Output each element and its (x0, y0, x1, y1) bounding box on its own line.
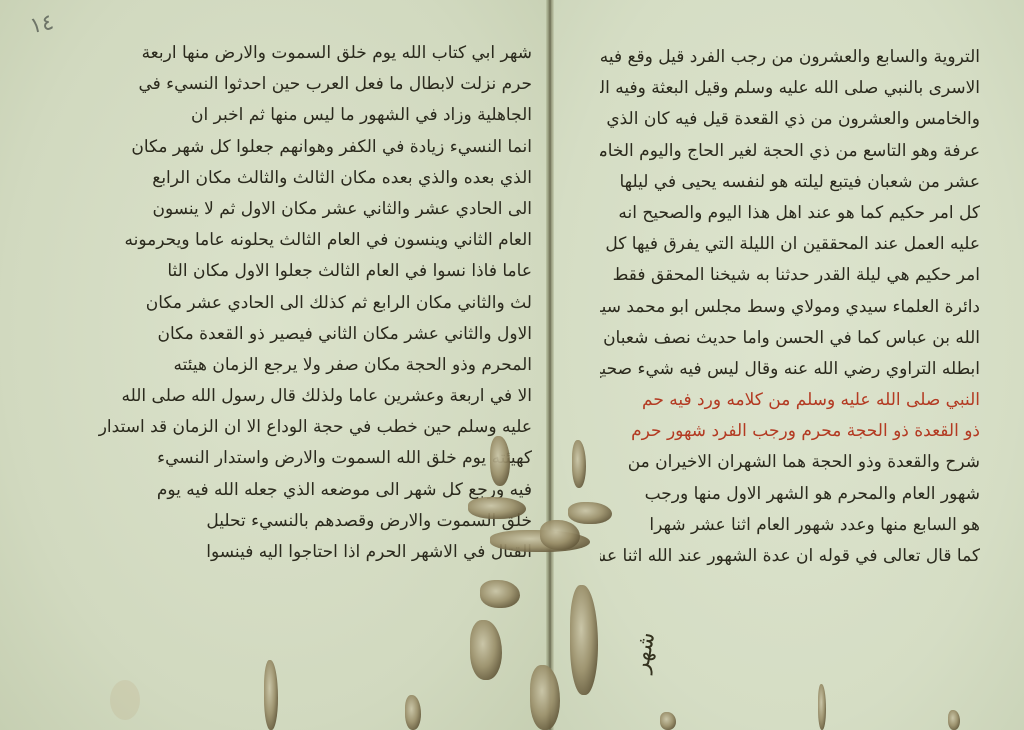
folio-number: ١٤ (28, 10, 56, 39)
right-text-block: التروية والسابع والعشرون من رجب الفرد قي… (600, 42, 980, 572)
worm-hole (568, 502, 612, 524)
text-line: دائرة العلماء سيدي ومولاي وسط مجلس ابو م… (600, 292, 980, 323)
worm-hole (660, 712, 676, 730)
text-line: فيه ورجع كل شهر الى موضعه الذي جعله الله… (92, 475, 532, 506)
text-line: خلق السموت والارض وقصدهم بالنسيء تحليل (92, 506, 532, 537)
text-line: الى الحادي عشر والثاني عشر مكان الاول ثم… (92, 194, 532, 225)
text-line: شرح والقعدة وذو الحجة هما الشهران الاخير… (600, 447, 980, 478)
text-line: الاسرى بالنبي صلى الله عليه وسلم وقيل ال… (600, 73, 980, 104)
worm-hole (468, 497, 526, 519)
text-line: عرفة وهو التاسع من ذي الحجة لغير الحاج و… (600, 136, 980, 167)
worm-hole (818, 684, 826, 730)
text-line: شهر ابي كتاب الله يوم خلق السموت والارض … (92, 38, 532, 69)
text-line: امر حكيم هي ليلة القدر حدثنا به شيخنا ال… (600, 260, 980, 291)
text-line: عليه العمل عند المحققين ان الليلة التي ي… (600, 229, 980, 260)
worm-hole (405, 695, 421, 730)
text-line: لث والثاني مكان الرابع ثم كذلك الى الحاد… (92, 288, 532, 319)
paper-stain (110, 680, 140, 720)
worm-hole (540, 520, 580, 550)
worm-hole (948, 710, 960, 730)
gutter-fold (546, 0, 554, 730)
text-line: ابطله التراوي رضي الله عنه وقال ليس فيه … (600, 354, 980, 385)
worm-hole (480, 580, 520, 608)
text-line: كل امر حكيم كما هو عند اهل هذا اليوم وال… (600, 198, 980, 229)
text-line: والخامس والعشرون من ذي القعدة قيل فيه كا… (600, 104, 980, 135)
manuscript-spread: ١٤ شهر ابي كتاب الله يوم خلق السموت والا… (0, 0, 1024, 730)
text-line: كهيئته يوم خلق الله السموت والارض واستدا… (92, 443, 532, 474)
left-text-block: شهر ابي كتاب الله يوم خلق السموت والارض … (92, 38, 532, 568)
text-line: الاول والثاني عشر مكان الثاني فيصير ذو ا… (92, 319, 532, 350)
text-line: الجاهلية وزاد في الشهور ما ليس منها ثم ا… (92, 100, 532, 131)
text-line: المحرم وذو الحجة مكان صفر ولا يرجع الزما… (92, 350, 532, 381)
text-line: الذي بعده والذي بعده مكان الثالث والثالث… (92, 163, 532, 194)
text-line: عليه وسلم حين خطب في حجة الوداع الا ان ا… (92, 412, 532, 443)
worm-hole (572, 440, 586, 488)
text-line: التروية والسابع والعشرون من رجب الفرد قي… (600, 42, 980, 73)
left-page: ١٤ شهر ابي كتاب الله يوم خلق السموت والا… (0, 0, 548, 730)
rubric-line: النبي صلى الله عليه وسلم من كلامه ورد في… (600, 385, 980, 416)
text-line: شهور العام والمحرم هو الشهر الاول منها و… (600, 479, 980, 510)
text-line: القتال في الاشهر الحرم اذا احتاجوا اليه … (92, 537, 532, 568)
text-line: هو السابع منها وعدد شهور العام اثنا عشر … (600, 510, 980, 541)
text-line: العام الثاني وينسون في العام الثالث يحلو… (92, 225, 532, 256)
text-line: عشر من شعبان فيتبع ليلته هو لنفسه يحيى ف… (600, 167, 980, 198)
text-line: كما قال تعالى في قوله ان عدة الشهور عند … (600, 541, 980, 572)
text-line: عاما فاذا نسوا في العام الثالث جعلوا الا… (92, 256, 532, 287)
text-line: الله بن عباس كما في الحسن واما حديث نصف … (600, 323, 980, 354)
rubric-heading: ذو القعدة ذو الحجة محرم ورجب الفرد شهور … (600, 416, 980, 447)
text-line: حرم نزلت لابطال ما فعل العرب حين احدثوا … (92, 69, 532, 100)
worm-hole (490, 436, 510, 486)
text-line: الا في اربعة وعشرين عاما ولذلك قال رسول … (92, 381, 532, 412)
text-line: انما النسيء زيادة في الكفر وهوانهم جعلوا… (92, 132, 532, 163)
